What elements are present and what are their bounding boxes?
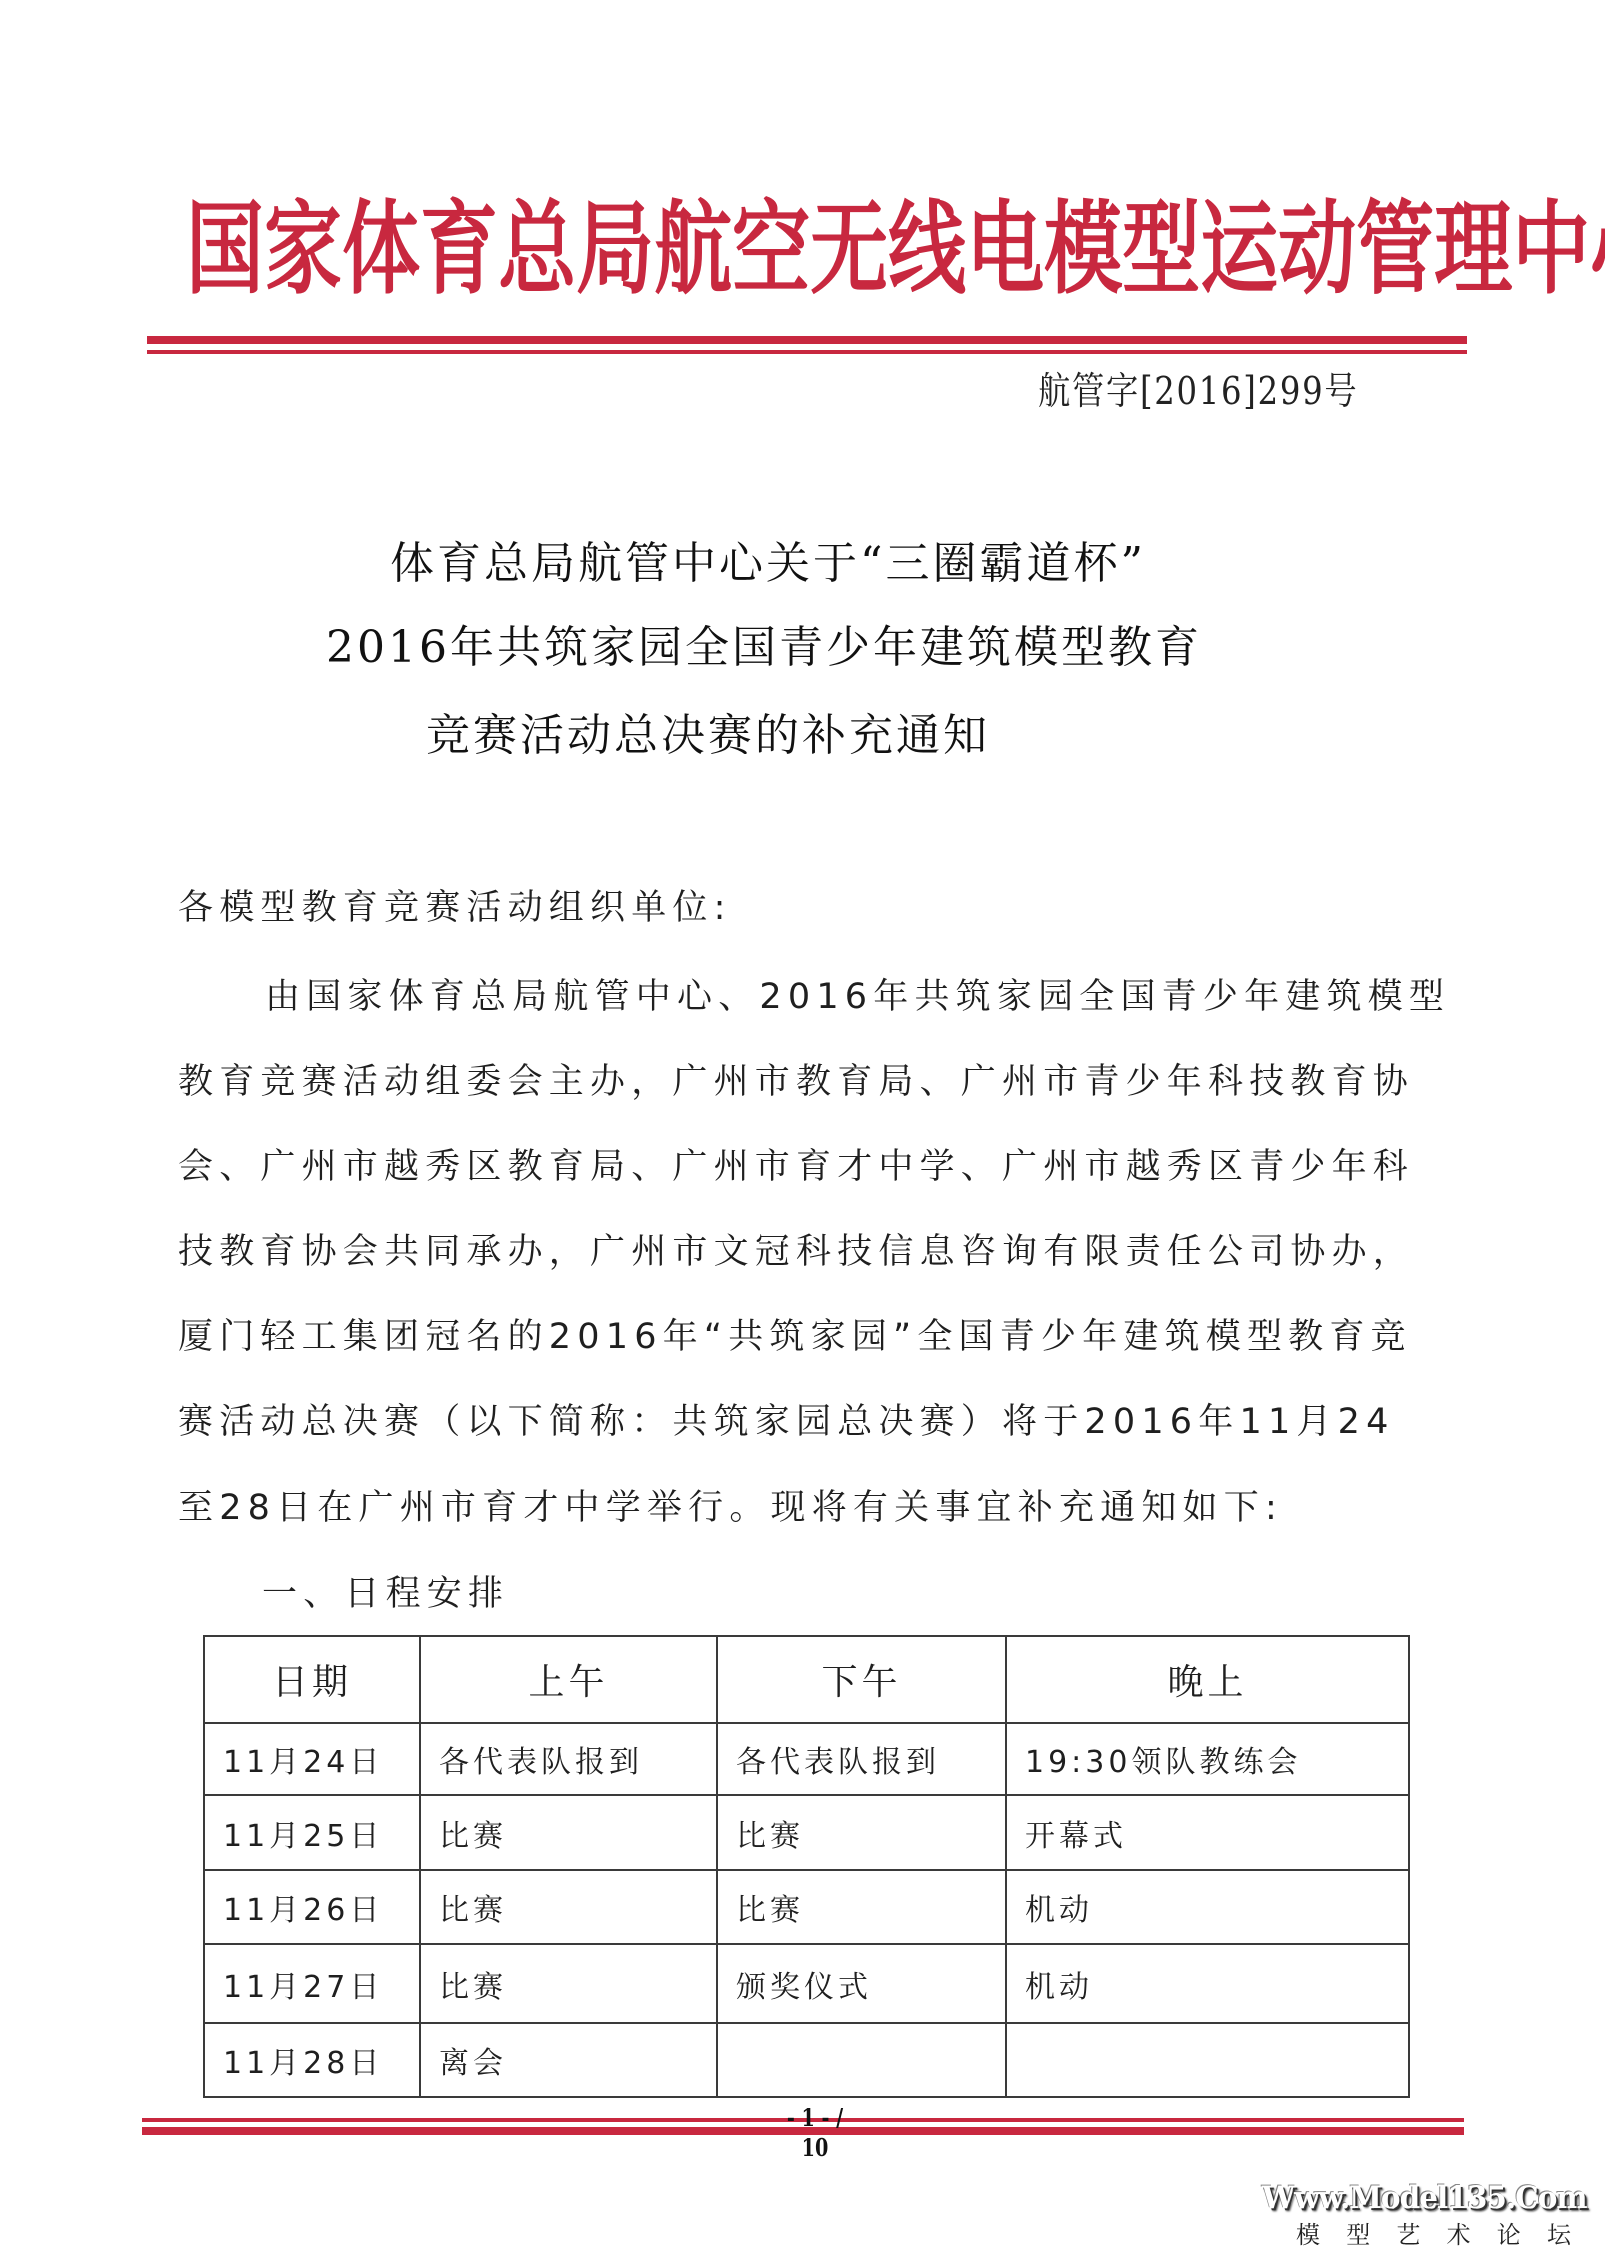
cell-date: 11月26日 — [204, 1870, 420, 1944]
cell-morning: 比赛 — [420, 1795, 717, 1870]
cell-date: 11月27日 — [204, 1944, 420, 2023]
letterhead-char: 家 — [264, 175, 342, 326]
letterhead-char: 空 — [732, 175, 810, 326]
cell-date: 11月28日 — [204, 2023, 420, 2097]
cell-morning: 离会 — [420, 2023, 717, 2097]
title-line-1: 体育总局航管中心关于“三圈霸道杯” — [390, 536, 1146, 592]
body-line: 教育竞赛活动组委会主办，广州市教育局、广州市青少年科技教育协 — [178, 1060, 1428, 1104]
letterhead-char: 模 — [1044, 175, 1122, 326]
body-line: 技教育协会共同承办，广州市文冠科技信息咨询有限责任公司协办， — [178, 1230, 1428, 1274]
cell-evening: 机动 — [1006, 1870, 1409, 1944]
watermark-char: 艺 — [1396, 2218, 1420, 2252]
salutation: 各模型教育竞赛活动组织单位: — [178, 886, 1428, 930]
letterhead-char: 体 — [342, 175, 420, 326]
cell-evening: 机动 — [1006, 1944, 1409, 2023]
page-number: - 1 - / 10 — [771, 2103, 859, 2133]
letterhead-char: 局 — [576, 175, 654, 326]
cell-evening: 开幕式 — [1006, 1795, 1409, 1870]
header-rule-thick — [147, 336, 1467, 344]
letterhead-char: 线 — [888, 175, 966, 326]
cell-evening — [1006, 2023, 1409, 2097]
letterhead-char: 型 — [1122, 175, 1200, 326]
cell-morning: 各代表队报到 — [420, 1723, 717, 1795]
body-line: 厦门轻工集团冠名的2016年“共筑家园”全国青少年建筑模型教育竞 — [178, 1315, 1428, 1359]
letterhead-char: 理 — [1434, 175, 1512, 326]
watermark-char: 模 — [1296, 2218, 1320, 2252]
table-header-row: 日期 上午 下午 晚上 — [204, 1636, 1409, 1723]
letterhead-char: 育 — [420, 175, 498, 326]
body-line: 至28日在广州市育才中学举行。现将有关事宜补充通知如下: — [178, 1486, 1428, 1530]
cell-afternoon: 颁奖仪式 — [717, 1944, 1006, 2023]
table-row: 11月28日 离会 — [204, 2023, 1409, 2097]
header-afternoon: 下午 — [717, 1636, 1006, 1723]
cell-afternoon: 比赛 — [717, 1870, 1006, 1944]
letterhead-char: 动 — [1278, 175, 1356, 326]
cell-evening: 19:30领队教练会 — [1006, 1723, 1409, 1795]
header-evening: 晚上 — [1006, 1636, 1409, 1723]
letterhead-char: 航 — [654, 175, 732, 326]
table-row: 11月25日 比赛 比赛 开幕式 — [204, 1795, 1409, 1870]
watermark-char: 型 — [1346, 2218, 1370, 2252]
body-line: 由国家体育总局航管中心、2016年共筑家园全国青少年建筑模型 — [265, 975, 1515, 1019]
cell-afternoon: 比赛 — [717, 1795, 1006, 1870]
header-morning: 上午 — [420, 1636, 717, 1723]
header-date: 日期 — [204, 1636, 420, 1723]
body-line: 会、广州市越秀区教育局、广州市育才中学、广州市越秀区青少年科 — [178, 1145, 1428, 1189]
cell-date: 11月25日 — [204, 1795, 420, 1870]
cell-afternoon: 各代表队报到 — [717, 1723, 1006, 1795]
title-line-3: 竞赛活动总决赛的补充通知 — [426, 708, 990, 764]
letterhead-title: 国家体育总局航空无线电模型运动管理中心 — [186, 192, 1431, 308]
letterhead-char: 管 — [1356, 175, 1434, 326]
watermark-char: 术 — [1447, 2218, 1471, 2252]
document-number: 航管字[2016]299号 — [1038, 366, 1346, 416]
table-row: 11月27日 比赛 颁奖仪式 机动 — [204, 1944, 1409, 2023]
title-line-2: 2016年共筑家园全国青少年建筑模型教育 — [326, 620, 1202, 676]
cell-afternoon — [717, 2023, 1006, 2097]
cell-date: 11月24日 — [204, 1723, 420, 1795]
letterhead-char: 无 — [810, 175, 888, 326]
table-row: 11月24日 各代表队报到 各代表队报到 19:30领队教练会 — [204, 1723, 1409, 1795]
table-row: 11月26日 比赛 比赛 机动 — [204, 1870, 1409, 1944]
cell-morning: 比赛 — [420, 1870, 717, 1944]
letterhead-char: 中 — [1512, 175, 1590, 326]
header-rule-thin — [147, 350, 1467, 354]
letterhead-char: 电 — [966, 175, 1044, 326]
letterhead-char: 国 — [186, 175, 264, 326]
schedule-table: 日期 上午 下午 晚上 11月24日 各代表队报到 各代表队报到 19:30领队… — [203, 1635, 1410, 2098]
letterhead-char: 总 — [498, 175, 576, 326]
letterhead-char: 心 — [1590, 175, 1605, 326]
cell-morning: 比赛 — [420, 1944, 717, 2023]
section-heading: 一、日程安排 — [262, 1572, 1512, 1616]
watermark-char: 论 — [1497, 2218, 1521, 2252]
watermark-url: Www.Model135.Com — [1262, 2178, 1576, 2218]
body-line: 赛活动总决赛（以下简称：共筑家园总决赛）将于2016年11月24 — [178, 1400, 1428, 1444]
watermark-forum-name: 模型艺术论坛 — [1296, 2218, 1571, 2252]
watermark-char: 坛 — [1547, 2218, 1571, 2252]
letterhead-char: 运 — [1200, 175, 1278, 326]
